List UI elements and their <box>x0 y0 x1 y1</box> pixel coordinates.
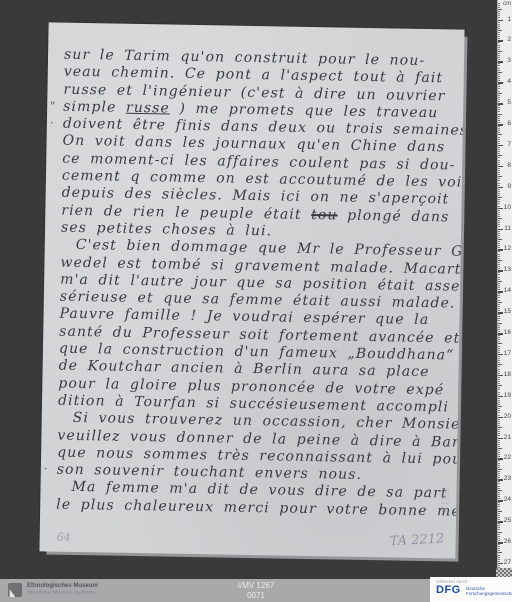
ruler-tick <box>498 525 500 526</box>
letter-text: sur le Tarim qu'on construit pour le nou… <box>56 47 460 521</box>
ruler-tick <box>498 222 500 223</box>
ruler-tick <box>498 105 500 106</box>
ruler-number: 13 <box>504 267 511 274</box>
ruler-tick <box>498 193 500 194</box>
ruler-tick <box>498 561 500 562</box>
ruler-tick <box>498 65 500 66</box>
ruler-tick <box>498 191 500 192</box>
ruler-tick <box>498 172 500 173</box>
ruler-tick <box>498 502 500 503</box>
ruler-tick <box>498 55 500 56</box>
ruler-number: 6 <box>507 121 511 128</box>
ruler-tick <box>498 268 500 269</box>
ruler-tick <box>498 433 500 434</box>
ruler-tick <box>498 233 500 234</box>
ruler-tick <box>498 126 500 127</box>
ruler-tick <box>498 339 500 340</box>
ruler-tick <box>498 80 500 81</box>
ruler-tick <box>498 550 500 551</box>
ruler-tick <box>498 68 500 69</box>
ruler-number: 12 <box>504 246 511 253</box>
ruler-tick <box>498 201 500 202</box>
ruler-tick <box>498 243 500 244</box>
ruler-tick <box>498 155 502 156</box>
ruler-tick <box>498 3 500 4</box>
ruler-tick <box>498 318 500 319</box>
ruler-tick <box>498 498 500 499</box>
ruler-tick <box>498 84 500 85</box>
ruler-tick <box>498 15 500 16</box>
ruler-tick <box>498 519 500 520</box>
ruler-number: 14 <box>504 288 511 295</box>
ruler-tick <box>498 454 500 455</box>
ruler-tick <box>498 538 500 539</box>
ruler-tick <box>498 256 500 257</box>
ruler-tick <box>498 285 500 286</box>
ruler-tick <box>498 287 500 288</box>
ruler-tick <box>498 189 500 190</box>
ruler-tick <box>498 450 500 451</box>
ruler-tick <box>498 509 500 510</box>
ruler-tick <box>498 373 500 374</box>
ruler-tick <box>498 141 500 142</box>
ruler-tick <box>498 237 500 238</box>
ruler-tick <box>498 320 500 321</box>
ruler-tick <box>498 295 500 296</box>
pencil-archive-number: TA 2212 <box>389 531 444 549</box>
ruler-tick <box>498 379 500 380</box>
ruler-tick <box>498 293 500 294</box>
ruler-tick <box>498 157 500 158</box>
ruler-tick <box>498 423 500 424</box>
ruler-tick <box>498 254 500 255</box>
ruler-tick <box>498 178 500 179</box>
ruler-tick <box>498 210 500 211</box>
ruler-tick <box>498 552 502 553</box>
ruler-tick <box>498 109 500 110</box>
ruler-tick <box>498 364 502 365</box>
ruler-tick <box>498 297 500 298</box>
ruler-tick <box>498 448 502 449</box>
ruler-tick <box>498 279 500 280</box>
ruler-tick <box>498 49 500 50</box>
ruler-tick <box>498 527 500 528</box>
ruler-tick <box>498 540 500 541</box>
ruler-tick <box>498 517 500 518</box>
ruler-tick <box>498 118 500 119</box>
ruler-tick <box>498 406 502 407</box>
ruler-tick <box>498 475 500 476</box>
ruler-tick <box>498 231 500 232</box>
ruler-tick <box>498 385 502 386</box>
ruler-tick <box>498 415 500 416</box>
ruler-tick <box>498 392 500 393</box>
ruler-tick <box>498 153 500 154</box>
ruler-tick <box>498 429 500 430</box>
ruler-tick <box>498 300 500 301</box>
ruler-tick <box>498 264 500 265</box>
ruler-tick <box>498 32 500 33</box>
ruler-tick <box>498 274 500 275</box>
ruler-tick <box>498 408 500 409</box>
ruler-tick <box>498 559 500 560</box>
ruler-tick <box>498 76 500 77</box>
ruler-number: 25 <box>504 518 511 525</box>
ruler-tick <box>498 262 500 263</box>
ruler-tick <box>498 534 500 535</box>
ruler-tick <box>498 488 500 489</box>
ruler-tick <box>498 402 500 403</box>
ruler-tick <box>498 421 500 422</box>
ruler-tick <box>498 128 500 129</box>
ruler-tick <box>498 302 502 303</box>
ruler-tick <box>498 34 500 35</box>
ruler-tick <box>498 481 500 482</box>
ruler-tick <box>498 258 500 259</box>
dfg-full-name: Deutsche Forschungsgemeinschaft <box>466 586 512 596</box>
ruler-tick <box>498 147 500 148</box>
ruler-number: 16 <box>504 330 511 337</box>
ruler-tick <box>498 467 500 468</box>
ruler-tick <box>498 329 500 330</box>
ruler-tick <box>498 212 500 213</box>
ruler-tick <box>498 352 500 353</box>
ruler-tick <box>498 486 500 487</box>
ruler-number: 22 <box>504 455 511 462</box>
ruler-tick <box>498 216 500 217</box>
ruler-tick <box>498 412 500 413</box>
ruler-tick <box>498 469 502 470</box>
ruler-tick <box>498 107 500 108</box>
ruler-tick <box>498 490 502 491</box>
ruler-tick <box>498 51 502 52</box>
ruler-tick <box>498 304 500 305</box>
ruler-tick <box>498 78 500 79</box>
ruler-number: 4 <box>507 79 511 86</box>
ruler-tick <box>498 63 500 64</box>
ruler-number: 11 <box>504 226 511 233</box>
ruler-tick <box>498 310 500 311</box>
ruler-tick <box>498 456 500 457</box>
scan-viewport: sur le Tarim qu'on construit pour le nou… <box>0 0 512 602</box>
ruler-tick <box>498 444 500 445</box>
ruler-tick <box>498 168 500 169</box>
ruler-tick <box>498 398 500 399</box>
ruler-tick <box>498 122 500 123</box>
ruler-number: 26 <box>504 539 511 546</box>
ruler-tick <box>498 394 500 395</box>
ruler-tick <box>498 369 500 370</box>
ruler-tick <box>498 28 500 29</box>
ruler-number: 9 <box>507 184 511 191</box>
ruler-tick <box>498 281 502 282</box>
ruler-tick <box>498 72 502 73</box>
ruler-tick <box>498 343 502 344</box>
ruler-tick <box>498 139 500 140</box>
ruler-tick <box>498 515 500 516</box>
ruler-tick <box>498 160 500 161</box>
ruler-tick <box>498 132 500 133</box>
ruler-tick <box>498 86 500 87</box>
ruler-tick <box>498 356 500 357</box>
ruler-tick <box>498 134 502 135</box>
margin-mark: " <box>50 99 55 112</box>
ruler-number: 20 <box>504 414 511 421</box>
ruler-number: 2 <box>507 37 511 44</box>
ruler-tick <box>498 506 500 507</box>
ruler-tick <box>498 389 500 390</box>
ruler-tick <box>498 425 500 426</box>
ruler-tick <box>498 536 500 537</box>
ruler-tick <box>498 47 500 48</box>
ruler-tick <box>498 350 500 351</box>
ruler-tick <box>498 446 500 447</box>
ruler-tick <box>498 337 500 338</box>
ruler-tick <box>498 419 500 420</box>
ruler-tick <box>498 241 500 242</box>
ruler-tick <box>498 17 500 18</box>
ruler-tick <box>498 346 500 347</box>
ruler-tick <box>498 360 500 361</box>
ruler-tick <box>498 316 500 317</box>
ruler-number: 27 <box>504 560 511 567</box>
ruler-tick <box>498 565 500 566</box>
ruler-tick <box>498 335 500 336</box>
ruler-tick <box>498 427 502 428</box>
ruler-tick <box>498 314 500 315</box>
ruler-tick <box>498 532 502 533</box>
pencil-folio-number: 64 <box>57 531 71 544</box>
ruler-tick <box>498 164 500 165</box>
ruler-tick <box>498 226 500 227</box>
ruler-tick <box>498 203 500 204</box>
ruler-tick <box>498 162 500 163</box>
ruler-tick <box>498 381 500 382</box>
ruler-tick <box>498 91 500 92</box>
ruler-tick <box>498 260 502 261</box>
ruler-tick <box>498 101 500 102</box>
ruler-tick <box>498 383 500 384</box>
ruler-tick <box>498 13 500 14</box>
ruler-tick <box>498 120 500 121</box>
ruler-tick <box>498 11 500 12</box>
ruler-tick <box>498 130 500 131</box>
ruler-tick <box>498 137 500 138</box>
ruler-tick <box>498 185 500 186</box>
ruler-tick <box>498 404 500 405</box>
ruler-tick <box>498 410 500 411</box>
ruler-number: 17 <box>504 351 511 358</box>
ruler-tick <box>498 348 500 349</box>
ruler-tick <box>498 197 502 198</box>
ruler-tick <box>498 325 500 326</box>
ruler-tick <box>498 239 502 240</box>
ruler-tick <box>498 235 500 236</box>
ruler-tick <box>498 440 500 441</box>
ruler-tick <box>498 358 500 359</box>
ruler-number: 23 <box>504 476 511 483</box>
ruler-tick <box>498 463 500 464</box>
ruler-tick <box>498 544 500 545</box>
ruler-tick <box>498 170 500 171</box>
ruler-tick <box>498 308 500 309</box>
ruler-tick <box>498 42 500 43</box>
ruler-tick <box>498 57 500 58</box>
margin-mark: · <box>44 463 48 476</box>
ruler-tick <box>498 111 500 112</box>
ruler-tick <box>498 306 500 307</box>
ruler-number: 1 <box>507 17 511 24</box>
ruler-tick <box>498 74 500 75</box>
ruler-number: 18 <box>504 372 511 379</box>
ruler-tick <box>498 431 500 432</box>
ruler-tick <box>498 220 500 221</box>
ruler-tick <box>498 95 500 96</box>
ruler-tick <box>498 323 502 324</box>
dfg-logo-box: Gefördert durch DFG Deutsche Forschungsg… <box>430 577 512 602</box>
ruler-tick <box>498 176 502 177</box>
ruler-number: 7 <box>507 142 511 149</box>
ruler-tick <box>498 26 500 27</box>
ruler-tick <box>498 247 500 248</box>
ruler-tick <box>498 9 502 10</box>
ruler-number: 19 <box>504 393 511 400</box>
ruler-tick <box>498 149 500 150</box>
ruler-tick <box>498 266 500 267</box>
ruler-tick <box>498 151 500 152</box>
dfg-name-line2: Forschungsgemeinschaft <box>466 591 512 596</box>
ruler-number: 3 <box>507 58 511 65</box>
ruler-tick <box>498 88 500 89</box>
ruler-tick <box>498 116 500 117</box>
ruler-tick <box>498 341 500 342</box>
ruler-tick <box>498 22 500 23</box>
ruler-tick <box>498 214 500 215</box>
ruler-tick <box>498 97 500 98</box>
ruler-tick <box>498 496 500 497</box>
ruler-number: 5 <box>507 100 511 107</box>
ruler-tick <box>498 366 500 367</box>
ruler-number: 8 <box>507 163 511 170</box>
ruler-tick <box>498 199 500 200</box>
ruler-tick <box>498 362 500 363</box>
ruler-tick <box>498 483 500 484</box>
ruler-tick <box>498 30 502 31</box>
ruler-tick <box>498 114 502 115</box>
ruler-tick <box>498 492 500 493</box>
dfg-logo: DFG <box>436 584 461 596</box>
ruler-tick <box>498 7 500 8</box>
ruler-tick <box>498 93 502 94</box>
ruler-tick <box>498 245 500 246</box>
ruler-tick <box>498 555 500 556</box>
ruler-tick <box>498 224 500 225</box>
ruler-tick <box>498 435 500 436</box>
ruler-tick <box>498 452 500 453</box>
ruler-tick <box>498 548 500 549</box>
ruler-tick <box>498 174 500 175</box>
margin-mark: · <box>50 117 54 130</box>
ruler-tick <box>498 442 500 443</box>
measurement-ruler: cm 1234567891011121314151617181920212223… <box>497 0 512 578</box>
ruler-tick <box>498 327 500 328</box>
ruler-tick <box>498 465 500 466</box>
ruler-tick <box>498 38 500 39</box>
ruler-number: 21 <box>504 435 511 442</box>
ruler-tick <box>498 218 502 219</box>
ruler-tick <box>498 283 500 284</box>
ruler-tick <box>498 277 500 278</box>
ruler-tick <box>498 377 500 378</box>
ruler-tick <box>498 195 500 196</box>
ruler-tick <box>498 5 500 6</box>
ruler-number: 15 <box>504 309 511 316</box>
ruler-tick <box>498 513 500 514</box>
ruler-tick <box>498 331 500 332</box>
ruler-tick <box>498 70 500 71</box>
ruler-tick <box>498 504 500 505</box>
ruler-tick <box>498 24 500 25</box>
ruler-number: 10 <box>504 205 511 212</box>
ruler-tick <box>498 529 500 530</box>
footer-bar: Ethnologisches Museum Staatliche Museen … <box>0 579 512 602</box>
ruler-tick <box>498 99 500 100</box>
ruler-tick <box>498 387 500 388</box>
ruler-number: 24 <box>504 497 511 504</box>
ruler-tick <box>498 180 500 181</box>
ruler-tick <box>498 557 500 558</box>
ruler-tick <box>498 523 500 524</box>
ruler-tick <box>498 473 500 474</box>
ruler-tick <box>498 251 500 252</box>
pencil-vertical-mark: 2212 <box>438 487 449 513</box>
ruler-tick <box>498 511 502 512</box>
ruler-tick <box>498 45 500 46</box>
ruler-tick <box>498 371 500 372</box>
ruler-unit-label: cm <box>503 1 511 7</box>
ruler-tick <box>498 400 500 401</box>
ruler-tick <box>498 272 500 273</box>
ruler-tick <box>498 53 500 54</box>
ruler-tick <box>498 36 500 37</box>
ruler-tick <box>498 143 500 144</box>
manuscript-page: sur le Tarim qu'on construit pour le nou… <box>39 22 464 558</box>
ruler-tick <box>498 59 500 60</box>
ruler-tick <box>498 289 500 290</box>
ruler-tick <box>498 460 500 461</box>
ruler-tick <box>498 471 500 472</box>
ruler-tick <box>498 183 500 184</box>
ruler-tick <box>498 206 500 207</box>
ruler-tick <box>498 546 500 547</box>
ruler-tick <box>498 494 500 495</box>
ruler-tick <box>498 477 500 478</box>
